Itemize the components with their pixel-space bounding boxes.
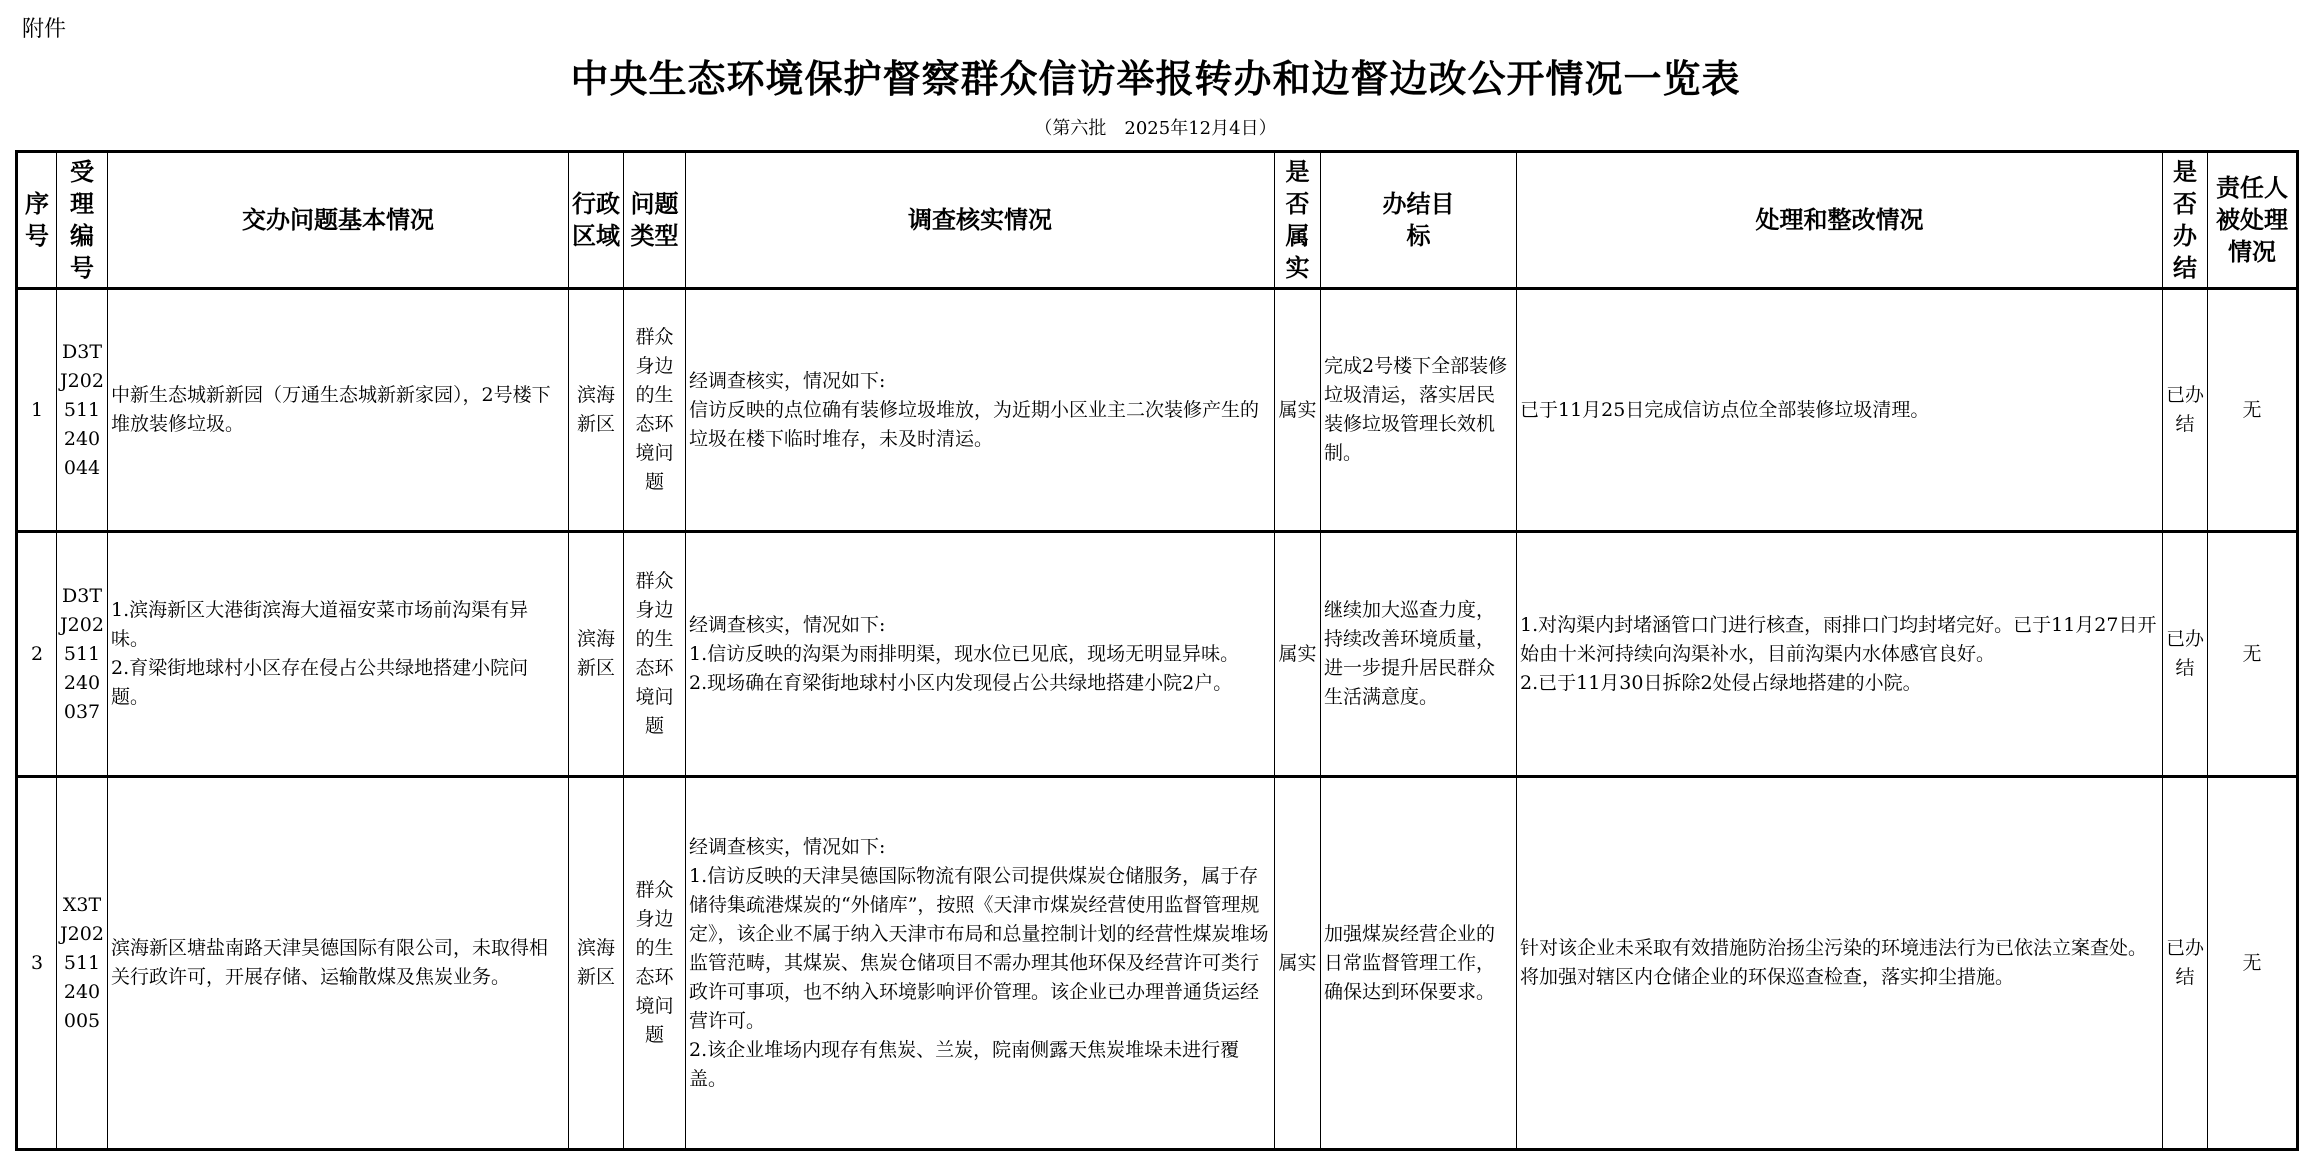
- cell-goal: 加强煤炭经营企业的日常监督管理工作，确保达到环保要求。: [1321, 777, 1517, 1150]
- cell-accountability: 无: [2208, 777, 2298, 1150]
- cell-case-no: X3TJ202511240005: [57, 777, 108, 1150]
- cell-district: 滨海新区: [569, 777, 624, 1150]
- cell-handling: 已于11月25日完成信访点位全部装修垃圾清理。: [1517, 289, 2163, 532]
- header-type: 问题类型: [624, 152, 686, 289]
- cell-seq: 2: [17, 532, 57, 777]
- cell-handling: 针对该企业未采取有效措施防治扬尘污染的环境违法行为已依法立案查处。将加强对辖区内…: [1517, 777, 2163, 1150]
- header-accountability: 责任人被处理情况: [2208, 152, 2298, 289]
- cell-investigation: 经调查核实，情况如下: 1.信访反映的沟渠为雨排明渠，现水位已见底，现场无明显异…: [686, 532, 1275, 777]
- cell-accountability: 无: [2208, 532, 2298, 777]
- cell-closed: 已办结: [2163, 289, 2208, 532]
- cell-type: 群众身边的生态环境问题: [624, 777, 686, 1150]
- cell-issue: 1.滨海新区大港街滨海大道福安菜市场前沟渠有异味。 2.育梁街地球村小区存在侵占…: [108, 532, 569, 777]
- document-title: 中央生态环境保护督察群众信访举报转办和边督边改公开情况一览表: [0, 48, 2311, 103]
- cell-type: 群众身边的生态环境问题: [624, 289, 686, 532]
- header-verified: 是否属实: [1275, 152, 1321, 289]
- investigation-line: 2.现场确在育梁街地球村小区内发现侵占公共绿地搭建小院2户。: [689, 669, 1271, 698]
- handling-line: 1.对沟渠内封堵涵管口门进行核查，雨排口门均封堵完好。已于11月27日开始由十米…: [1520, 611, 2159, 669]
- document-subtitle: （第六批 2025年12月4日）: [0, 114, 2311, 140]
- cell-case-no: D3TJ202511240037: [57, 532, 108, 777]
- investigation-line: 1.信访反映的沟渠为雨排明渠，现水位已见底，现场无明显异味。: [689, 640, 1271, 669]
- cell-accountability: 无: [2208, 289, 2298, 532]
- issue-line: 中新生态城新新园（万通生态城新新家园），2号楼下堆放装修垃圾。: [111, 381, 565, 439]
- cell-verified: 属实: [1275, 532, 1321, 777]
- handling-line: 2.已于11月30日拆除2处侵占绿地搭建的小院。: [1520, 669, 2159, 698]
- cell-investigation: 经调查核实，情况如下: 1.信访反映的天津昊德国际物流有限公司提供煤炭仓储服务，…: [686, 777, 1275, 1150]
- cell-case-no: D3TJ202511240044: [57, 289, 108, 532]
- header-issue: 交办问题基本情况: [108, 152, 569, 289]
- header-seq: 序号: [17, 152, 57, 289]
- cell-closed: 已办结: [2163, 532, 2208, 777]
- handling-line: 针对该企业未采取有效措施防治扬尘污染的环境违法行为已依法立案查处。将加强对辖区内…: [1520, 934, 2159, 992]
- cell-verified: 属实: [1275, 777, 1321, 1150]
- issue-line: 2.育梁街地球村小区存在侵占公共绿地搭建小院问题。: [111, 654, 565, 712]
- header-district: 行政区域: [569, 152, 624, 289]
- header-case-no: 受理编号: [57, 152, 108, 289]
- header-handling: 处理和整改情况: [1517, 152, 2163, 289]
- table-row: 1 D3TJ202511240044 中新生态城新新园（万通生态城新新家园），2…: [17, 289, 2298, 532]
- cell-district: 滨海新区: [569, 532, 624, 777]
- header-row: 序号 受理编号 交办问题基本情况 行政区域 问题类型 调查核实情况 是否属实 办…: [17, 152, 2298, 289]
- investigation-line: 经调查核实，情况如下:: [689, 367, 1271, 396]
- petition-table: 序号 受理编号 交办问题基本情况 行政区域 问题类型 调查核实情况 是否属实 办…: [15, 150, 2299, 1151]
- investigation-line: 经调查核实，情况如下:: [689, 833, 1271, 862]
- cell-closed: 已办结: [2163, 777, 2208, 1150]
- table-row: 2 D3TJ202511240037 1.滨海新区大港街滨海大道福安菜市场前沟渠…: [17, 532, 2298, 777]
- handling-line: 已于11月25日完成信访点位全部装修垃圾清理。: [1520, 396, 2159, 425]
- cell-goal: 完成2号楼下全部装修垃圾清运，落实居民装修垃圾管理长效机制。: [1321, 289, 1517, 532]
- cell-investigation: 经调查核实，情况如下: 信访反映的点位确有装修垃圾堆放，为近期小区业主二次装修产…: [686, 289, 1275, 532]
- cell-issue: 滨海新区塘盐南路天津昊德国际有限公司，未取得相关行政许可，开展存储、运输散煤及焦…: [108, 777, 569, 1150]
- cell-goal: 继续加大巡查力度，持续改善环境质量，进一步提升居民群众生活满意度。: [1321, 532, 1517, 777]
- investigation-line: 1.信访反映的天津昊德国际物流有限公司提供煤炭仓储服务，属于存储待集疏港煤炭的“…: [689, 862, 1271, 1036]
- table-row: 3 X3TJ202511240005 滨海新区塘盐南路天津昊德国际有限公司，未取…: [17, 777, 2298, 1150]
- cell-seq: 1: [17, 289, 57, 532]
- header-closed: 是否办结: [2163, 152, 2208, 289]
- cell-district: 滨海新区: [569, 289, 624, 532]
- cell-verified: 属实: [1275, 289, 1321, 532]
- header-goal: 办结目标: [1321, 152, 1517, 289]
- header-investigation: 调查核实情况: [686, 152, 1275, 289]
- cell-handling: 1.对沟渠内封堵涵管口门进行核查，雨排口门均封堵完好。已于11月27日开始由十米…: [1517, 532, 2163, 777]
- cell-type: 群众身边的生态环境问题: [624, 532, 686, 777]
- investigation-line: 信访反映的点位确有装修垃圾堆放，为近期小区业主二次装修产生的垃圾在楼下临时堆存，…: [689, 396, 1271, 454]
- attachment-label: 附件: [22, 12, 66, 43]
- cell-issue: 中新生态城新新园（万通生态城新新家园），2号楼下堆放装修垃圾。: [108, 289, 569, 532]
- issue-line: 1.滨海新区大港街滨海大道福安菜市场前沟渠有异味。: [111, 596, 565, 654]
- investigation-line: 2.该企业堆场内现存有焦炭、兰炭，院南侧露天焦炭堆垛未进行覆盖。: [689, 1036, 1271, 1094]
- investigation-line: 经调查核实，情况如下:: [689, 611, 1271, 640]
- cell-seq: 3: [17, 777, 57, 1150]
- issue-line: 滨海新区塘盐南路天津昊德国际有限公司，未取得相关行政许可，开展存储、运输散煤及焦…: [111, 934, 565, 992]
